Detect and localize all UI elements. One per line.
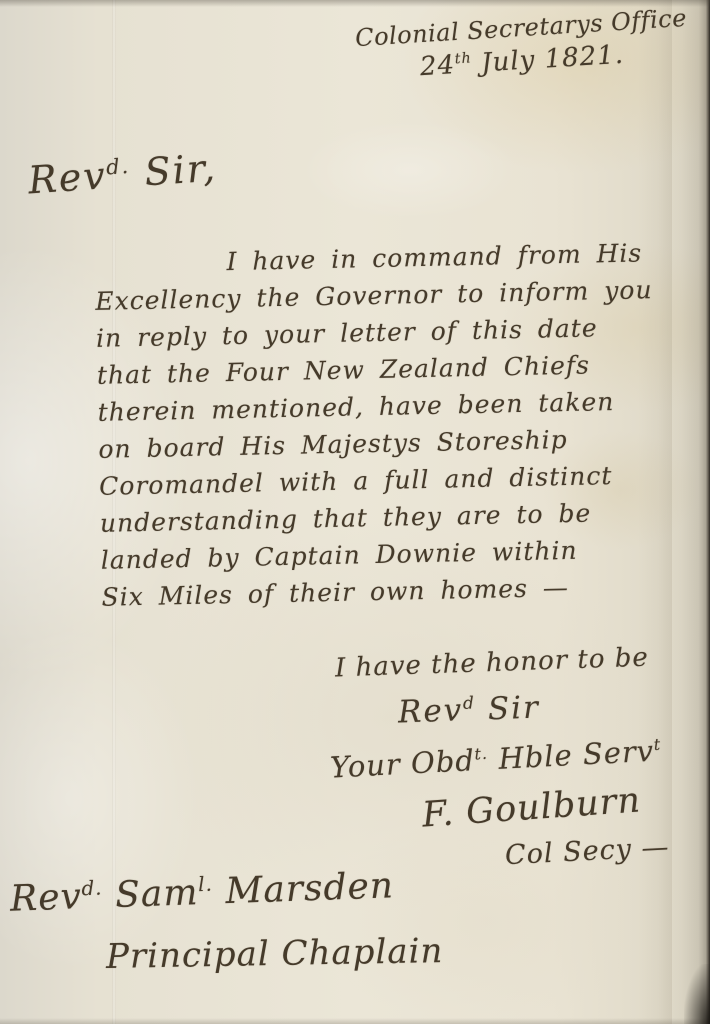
salutation: Revd. Sir, (27, 145, 219, 202)
closing-servant-line: Your Obdt. Hble Servt (329, 733, 662, 784)
date-rest: July 1821. (471, 40, 625, 79)
date-ordinal-suffix: th (454, 50, 472, 67)
servant-part: Hble Serv (487, 734, 655, 777)
date-day: 24 (419, 50, 456, 82)
servant-superscript: t (653, 735, 661, 754)
recipient-name-part: Rev (9, 876, 82, 919)
letter-body: I have in command from His Excellency th… (94, 234, 659, 616)
signature: F. Goulburn (421, 780, 642, 835)
closing-honor-line: I have the honor to be (335, 643, 650, 684)
paper-stain (300, 120, 520, 220)
recipient-name-part: Sam (102, 872, 199, 916)
salutation-rest: Sir, (129, 145, 218, 195)
recipient-name-superscript: l. (198, 873, 213, 896)
recipient-name: Revd. Saml. Marsden (9, 865, 394, 919)
salutation-base: Rev (27, 153, 108, 202)
page-bottom-edge (0, 1018, 710, 1024)
letter-page: Colonial Secretarys Office 24th July 182… (0, 0, 710, 1024)
corner-ink-mark (684, 964, 710, 1024)
recipient-name-superscript: d. (81, 876, 103, 900)
servant-superscript: t. (474, 744, 488, 764)
servant-part: Your Obd (329, 743, 475, 785)
closing-revd-sir: Revd Sir (397, 690, 540, 731)
recipient-role: Principal Chaplain (106, 931, 444, 977)
closing-revd-base: Rev (397, 692, 463, 730)
recipient-name-part: Marsden (212, 865, 394, 912)
closing-revd-rest: Sir (475, 690, 540, 728)
salutation-superscript: d. (105, 154, 131, 180)
closing-revd-superscript: d (463, 693, 477, 713)
page-top-edge (0, 0, 710, 7)
book-gutter-edge (658, 0, 710, 1024)
